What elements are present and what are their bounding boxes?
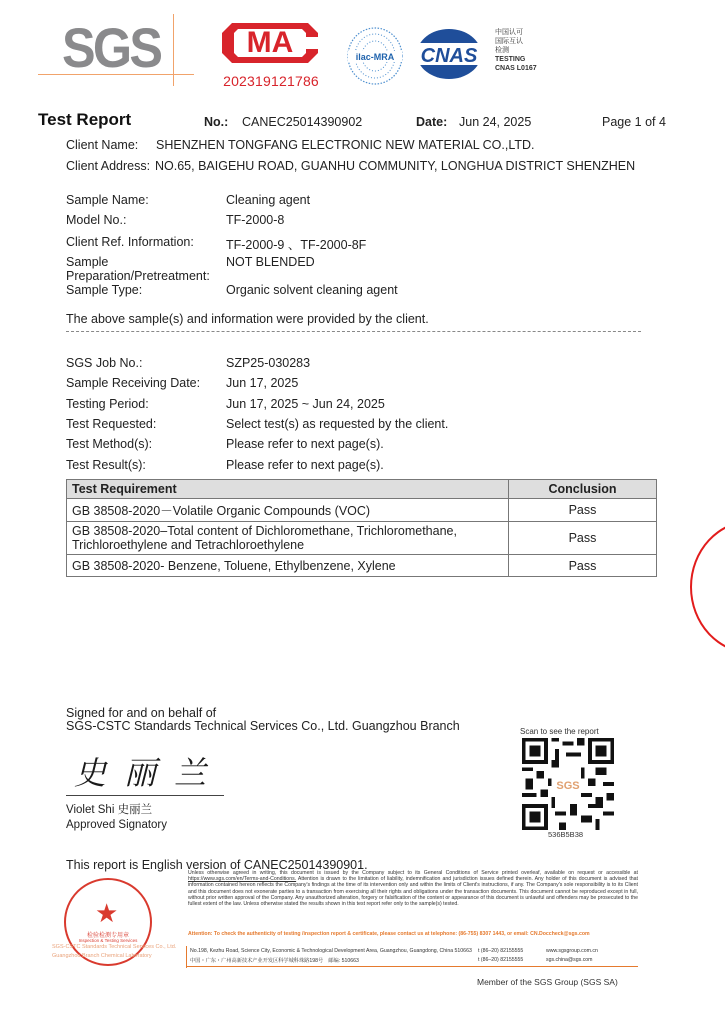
- job-no-value: SZP25-030283: [226, 356, 310, 370]
- qr-code-icon[interactable]: SGS: [522, 738, 614, 830]
- sample-name-label: Sample Name:: [66, 193, 149, 207]
- stamp-caption-line: Guangzhou Branch Chemical Laboratory: [52, 952, 176, 961]
- report-title: Test Report: [38, 110, 131, 130]
- page-indicator: Page 1 of 4: [602, 115, 666, 129]
- client-ref-value: TF-2000-9 、TF-2000-8F: [226, 235, 366, 253]
- model-no-value: TF-2000-8: [226, 213, 284, 227]
- cnas-accreditation-text: 中国认可 国际互认 检测 TESTING CNAS L0167: [495, 28, 537, 73]
- sample-type-value: Organic solvent cleaning agent: [226, 283, 398, 297]
- cnas-text-line: 国际互认: [495, 37, 537, 46]
- requirement-cell: GB 38508-2020－Volatile Organic Compounds…: [67, 499, 509, 522]
- test-methods-label: Test Method(s):: [66, 437, 152, 451]
- cnas-text-line: TESTING: [495, 55, 537, 64]
- address-en: No.198, Kezhu Road, Science City, Econom…: [190, 948, 472, 954]
- table-row: GB 38508-2020–Total content of Dichlorom…: [67, 522, 657, 555]
- results-table: Test Requirement Conclusion GB 38508-202…: [66, 479, 657, 577]
- stamp-caption: SGS-CSTC Standards Technical Services Co…: [52, 943, 176, 961]
- client-name-label: Client Name:: [66, 138, 138, 152]
- signatory-name: Violet Shi 史丽兰: [66, 801, 152, 817]
- receiving-date-value: Jun 17, 2025: [226, 376, 298, 390]
- footer-hline: [186, 966, 638, 967]
- cma-logo-icon: MA: [218, 19, 322, 67]
- terms-disclaimer: Unless otherwise agreed in writing, this…: [188, 870, 638, 907]
- svg-text:ilac-MRA: ilac-MRA: [356, 52, 395, 62]
- requirement-line: GB 38508-2020–Total content of Dichlorom…: [72, 524, 503, 538]
- website-link[interactable]: www.sgsgroup.com.cn: [546, 948, 598, 954]
- authenticity-attention: Attention: To check the authenticity of …: [188, 931, 638, 937]
- svg-text:MA: MA: [247, 26, 294, 59]
- cnas-text-line: 中国认可: [495, 28, 537, 37]
- sample-prep-label-2: Preparation/Pretreatment:: [66, 269, 210, 283]
- conclusion-cell: Pass: [509, 555, 657, 577]
- qr-verification-code: 536B5B38: [548, 830, 583, 839]
- table-row: GB 38508-2020- Benzene, Toluene, Ethylbe…: [67, 555, 657, 577]
- footer-vline: [186, 946, 187, 968]
- address-cn: 中国・广东・广州高新技术产业开发区科学城科珠路198号 邮编: 510663: [190, 957, 359, 964]
- client-name-value: SHENZHEN TONGFANG ELECTRONIC NEW MATERIA…: [156, 138, 535, 152]
- sgs-logo-vline: [173, 14, 174, 86]
- qr-caption: Scan to see the report: [520, 727, 599, 736]
- email-link[interactable]: sgs.china@sgs.com: [546, 957, 593, 963]
- requirement-cell: GB 38508-2020- Benzene, Toluene, Ethylbe…: [67, 555, 509, 577]
- svg-text:SGS: SGS: [556, 780, 579, 792]
- table-row: GB 38508-2020－Volatile Organic Compounds…: [67, 499, 657, 522]
- model-no-label: Model No.:: [66, 213, 126, 227]
- job-no-label: SGS Job No.:: [66, 356, 142, 370]
- sample-name-value: Cleaning agent: [226, 193, 310, 207]
- signature-line: [66, 795, 224, 796]
- stamp-caption-line: SGS-CSTC Standards Technical Services Co…: [52, 943, 176, 952]
- cnas-text-line: CNAS L0167: [495, 64, 537, 73]
- sample-prep-value: NOT BLENDED: [226, 255, 315, 269]
- testing-period-label: Testing Period:: [66, 397, 149, 411]
- requirement-cell: GB 38508-2020–Total content of Dichlorom…: [67, 522, 509, 555]
- dashed-divider: [66, 331, 641, 332]
- star-icon: ★: [95, 898, 118, 929]
- receiving-date-label: Sample Receiving Date:: [66, 376, 200, 390]
- report-date-value: Jun 24, 2025: [459, 115, 531, 129]
- sample-type-label: Sample Type:: [66, 283, 142, 297]
- cma-number: 202319121786: [215, 73, 327, 89]
- report-no-value: CANEC25014390902: [242, 115, 362, 129]
- signatory-role: Approved Signatory: [66, 819, 167, 831]
- client-address-label: Client Address:: [66, 159, 150, 173]
- report-date-label: Date:: [416, 115, 447, 129]
- test-results-label: Test Result(s):: [66, 458, 146, 472]
- test-results-value: Please refer to next page(s).: [226, 458, 384, 472]
- terms-link[interactable]: https://www.sgs.com/en/Terms-and-Conditi…: [188, 876, 296, 882]
- conclusion-cell: Pass: [509, 522, 657, 555]
- requirement-line: Trichloroethylene and Tetrachloroethylen…: [72, 538, 503, 552]
- sgs-logo: SGS: [62, 18, 163, 78]
- telephone-2: t (86–20) 82155555: [478, 957, 523, 963]
- sample-prep-label: Sample: [66, 255, 108, 269]
- signed-on-behalf-line: Signed for and on behalf of: [66, 706, 216, 720]
- sample-provided-note: The above sample(s) and information were…: [66, 312, 429, 326]
- report-no-label: No.:: [204, 115, 228, 129]
- conclusion-cell: Pass: [509, 499, 657, 522]
- official-stamp-partial: [690, 520, 725, 654]
- testing-period-value: Jun 17, 2025 ~ Jun 24, 2025: [226, 397, 385, 411]
- telephone-1: t (86–20) 82155555: [478, 948, 523, 954]
- svg-text:CNAS: CNAS: [421, 45, 478, 67]
- client-ref-label: Client Ref. Information:: [66, 235, 194, 249]
- test-requested-label: Test Requested:: [66, 417, 156, 431]
- disclaimer-text: Unless otherwise agreed in writing, this…: [188, 870, 638, 876]
- table-header-row: Test Requirement Conclusion: [67, 480, 657, 499]
- signing-company: SGS-CSTC Standards Technical Services Co…: [66, 719, 460, 733]
- ilac-mra-logo-icon: ilac-MRA: [345, 26, 405, 86]
- sgs-member-note: Member of the SGS Group (SGS SA): [477, 977, 618, 987]
- cnas-logo-icon: CNAS: [414, 28, 484, 80]
- header-test-requirement: Test Requirement: [67, 480, 509, 499]
- header-conclusion: Conclusion: [509, 480, 657, 499]
- test-methods-value: Please refer to next page(s).: [226, 437, 384, 451]
- cnas-text-line: 检测: [495, 46, 537, 55]
- test-requested-value: Select test(s) as requested by the clien…: [226, 417, 448, 431]
- client-address-value: NO.65, BAIGEHU ROAD, GUANHU COMMUNITY, L…: [155, 159, 635, 173]
- handwritten-signature: 史丽兰: [74, 748, 224, 794]
